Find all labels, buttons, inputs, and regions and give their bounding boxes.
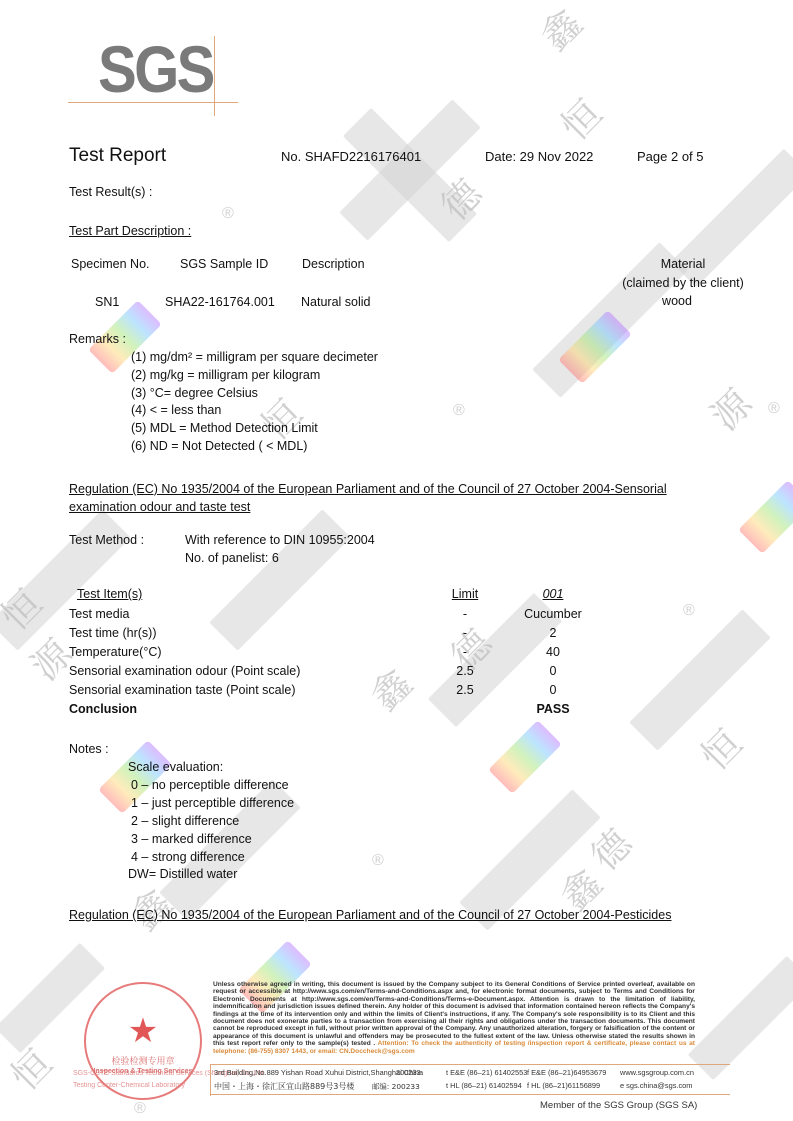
tel-hl: t HL (86–21) 61402594 [446,1081,522,1090]
dw-note: DW= Distilled water [128,867,237,881]
cell-test-item: Temperature(°C) [69,645,162,659]
email-link[interactable]: e sgs.china@sgs.com [620,1081,692,1090]
stamp-center-line: Testing Center-Chemical Laboratory [73,1082,185,1089]
remark-item: (1) mg/dm² = milligram per square decime… [131,350,378,364]
col-header-test-items: Test Item(s) [77,587,142,601]
section-heading-pesticides: Regulation (EC) No 1935/2004 of the Euro… [69,908,671,922]
cell-test-item: Sensorial examination odour (Point scale… [69,664,300,678]
cell-conclusion-label: Conclusion [69,702,137,716]
tel-ee: t E&E (86–21) 61402553 [446,1068,527,1077]
report-title: Test Report [69,145,166,167]
cell-result: 40 [513,645,593,659]
footer-rule-vertical [210,1064,211,1096]
footer-rule-top [210,1064,730,1065]
fax-hl: f HL (86–21)61156899 [527,1081,600,1090]
remarks-label: Remarks : [69,332,126,346]
postcode-en: 200233 [396,1068,421,1077]
address-en: 3rd Building,No.889 Yishan Road Xuhui Di… [214,1068,423,1077]
test-method-label: Test Method : [69,533,144,547]
cell-sgs-sample-id: SHA22-161764.001 [165,295,275,309]
sgs-group-member: Member of the SGS Group (SGS SA) [540,1100,697,1111]
report-number: No. SHAFD2216176401 [281,149,421,164]
scale-item: 3 – marked difference [131,832,252,846]
cell-limit: 2.5 [440,664,490,678]
cell-specimen-no: SN1 [95,295,119,309]
cell-limit: 2.5 [440,683,490,697]
disclaimer-text: Unless otherwise agreed in writing, this… [213,981,695,1047]
cell-result: 0 [513,664,593,678]
scale-evaluation-title: Scale evaluation: [128,760,223,774]
remark-item: (5) MDL = Method Detection Limit [131,421,318,435]
cell-material: wood [610,294,744,308]
logo-rule-vertical [214,36,215,116]
cell-conclusion-result: PASS [513,702,593,716]
test-method-value: With reference to DIN 10955:2004 [185,533,375,547]
col-header-material: Material [610,257,756,271]
remark-item: (2) mg/kg = milligram per kilogram [131,368,320,382]
report-page: SGS Test Report No. SHAFD2216176401 Date… [0,0,793,1121]
col-header-result-001: 001 [520,587,586,601]
cell-test-item: Test media [69,607,129,621]
cell-description: Natural solid [301,295,370,309]
report-date: Date: 29 Nov 2022 [485,149,593,164]
cell-result: 0 [513,683,593,697]
col-header-limit: Limit [440,587,490,601]
page-indicator: Page 2 of 5 [637,149,704,164]
cell-test-item: Sensorial examination taste (Point scale… [69,683,296,697]
panelist-count: No. of panelist: 6 [185,551,279,565]
cell-limit: - [440,645,490,659]
postcode-cn: 邮编: 200233 [372,1081,420,1092]
cell-test-item: Test time (hr(s)) [69,626,157,640]
remark-item: (4) < = less than [131,403,221,417]
test-part-description-label: Test Part Description : [69,224,191,238]
star-icon: ★ [86,1014,200,1048]
scale-item: 0 – no perceptible difference [131,778,289,792]
stamp-cn-text: 检验检测专用章 [86,1054,200,1067]
logo-rule-horizontal [68,102,238,103]
scale-item: 1 – just perceptible difference [131,796,294,810]
section-heading-sensorial: Regulation (EC) No 1935/2004 of the Euro… [69,482,667,496]
notes-label: Notes : [69,742,109,756]
col-header-description: Description [302,257,365,271]
cell-result: Cucumber [513,607,593,621]
col-header-sgs-sample-id: SGS Sample ID [180,257,268,271]
legal-disclaimer: Unless otherwise agreed in writing, this… [213,981,695,1055]
remark-item: (3) °C= degree Celsius [131,386,258,400]
website-link[interactable]: www.sgsgroup.com.cn [620,1068,694,1077]
cell-limit: - [440,607,490,621]
scale-item: 4 – strong difference [131,850,245,864]
address-cn: 中国・上海・徐汇区宜山路889号3号楼 [214,1081,354,1092]
footer-rule-bottom [210,1094,730,1095]
test-results-label: Test Result(s) : [69,185,152,199]
remark-item: (6) ND = Not Detected ( < MDL) [131,439,307,453]
sgs-logo: SGS [98,36,213,102]
scale-item: 2 – slight difference [131,814,239,828]
section-heading-sensorial-cont: examination odour and taste test [69,500,250,514]
cell-result: 2 [513,626,593,640]
col-header-material-note: (claimed by the client) [610,276,756,290]
fax-ee: f E&E (86–21)64953679 [527,1068,606,1077]
cell-limit: - [440,626,490,640]
col-header-specimen-no: Specimen No. [71,257,150,271]
